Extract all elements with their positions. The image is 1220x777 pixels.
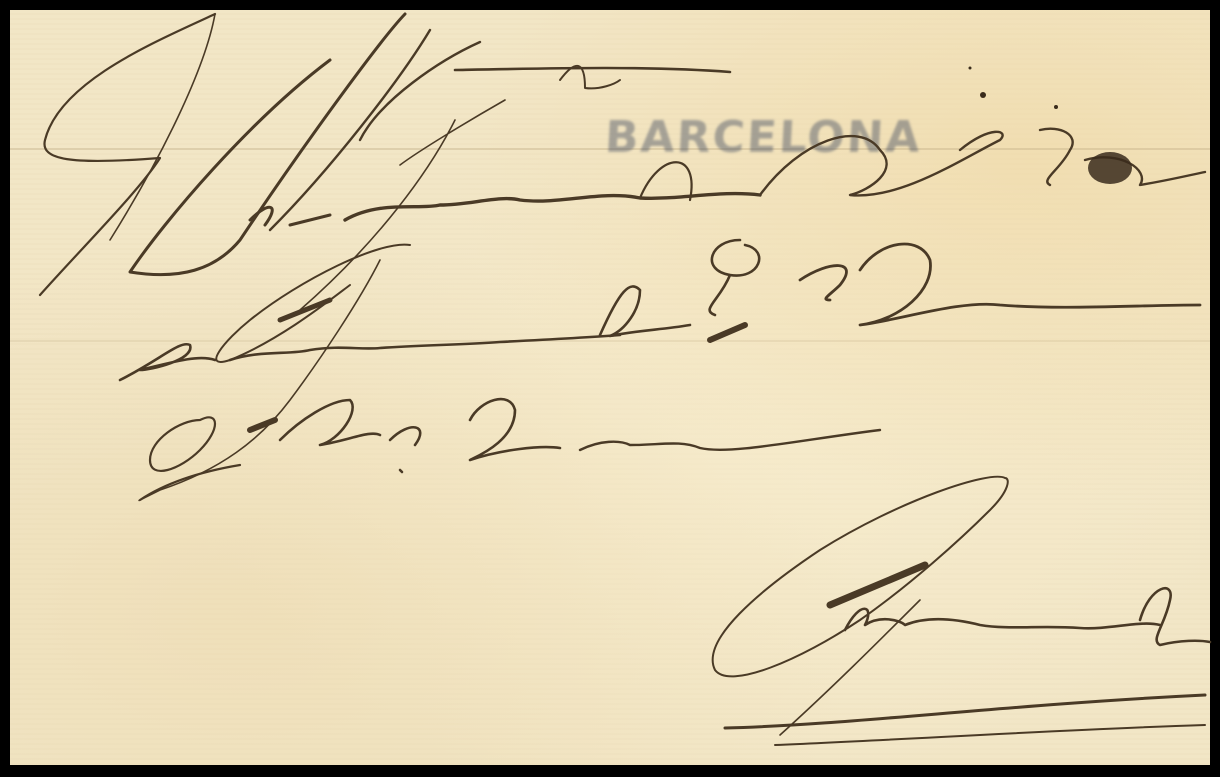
handwriting-ink — [0, 0, 1220, 777]
